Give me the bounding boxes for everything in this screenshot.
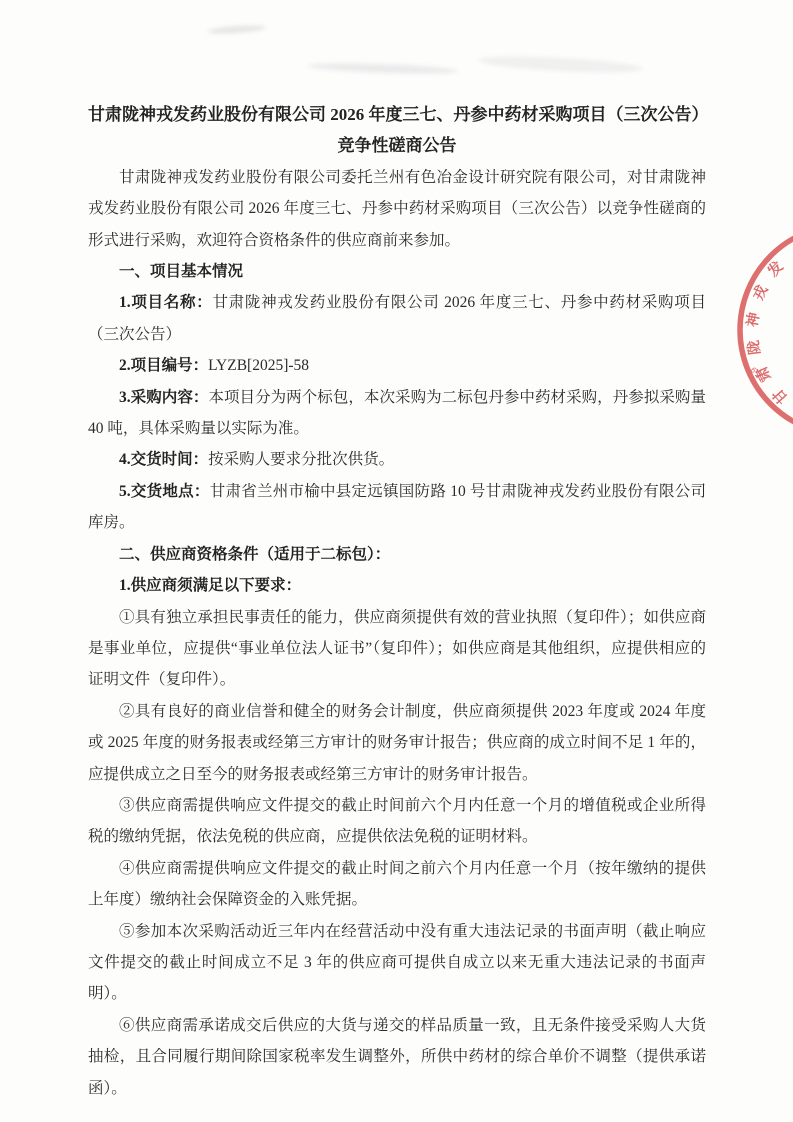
project-item: 3.采购内容：本项目分为两个标包，本次采购为二标包丹参中药材采购，丹参拟采购量 … bbox=[88, 382, 706, 445]
item-text: LYZB[2025]-58 bbox=[208, 357, 309, 374]
requirement-item: ④供应商需提供响应文件提交的截止时间之前六个月内任意一个月（按年缴纳的提供上年度… bbox=[88, 853, 706, 916]
requirement-item: ③供应商需提供响应文件提交的截止时间前六个月内任意一个月的增值税或企业所得税的缴… bbox=[88, 790, 706, 853]
document-body: 甘肃陇神戎发药业股份有限公司 2026 年度三七、丹参中药材采购项目（三次公告）… bbox=[88, 99, 706, 1104]
requirements-intro: 1.供应商须满足以下要求： bbox=[88, 570, 706, 601]
company-seal-stamp: 甘肃陇神戎发 620 bbox=[690, 228, 793, 432]
item-label: 4.交货时间： bbox=[119, 451, 208, 468]
item-label: 3.采购内容： bbox=[119, 389, 208, 406]
project-item: 5.交货地点：甘肃省兰州市榆中县定远镇国防路 10 号甘肃陇神戎发药业股份有限公… bbox=[88, 476, 706, 539]
requirement-item: ⑤参加本次采购活动近三年内在经营活动中没有重大违法记录的书面声明（截止响应文件提… bbox=[88, 916, 706, 1010]
item-label: 2.项目编号： bbox=[119, 357, 208, 374]
item-text: 按采购人要求分批次供货。 bbox=[208, 451, 394, 468]
requirement-item: ①具有独立承担民事责任的能力，供应商须提供有效的营业执照（复印件）；如供应商是事… bbox=[88, 602, 706, 696]
intro-paragraph: 甘肃陇神戎发药业股份有限公司委托兰州有色冶金设计研究院有限公司，对甘肃陇神戎发药… bbox=[88, 162, 706, 256]
requirement-item: ②具有良好的商业信誉和健全的财务会计制度，供应商须提供 2023 年度或 202… bbox=[88, 696, 706, 790]
section2-heading: 二、供应商资格条件（适用于二标包）： bbox=[88, 539, 706, 570]
item-label: 5.交货地点： bbox=[119, 483, 210, 500]
project-item: 1.项目名称：甘肃陇神戎发药业股份有限公司 2026 年度三七、丹参中药材采购项… bbox=[88, 287, 706, 350]
project-item: 2.项目编号：LYZB[2025]-58 bbox=[88, 350, 706, 381]
document-title: 甘肃陇神戎发药业股份有限公司 2026 年度三七、丹参中药材采购项目（三次公告） bbox=[88, 99, 706, 130]
scan-smudge bbox=[478, 54, 643, 76]
requirement-item: ⑥供应商需承诺成交后供应的大货与递交的样品质量一致，且无条件接受采购人大货抽检，… bbox=[88, 1010, 706, 1104]
document-page: 甘肃陇神戎发药业股份有限公司 2026 年度三七、丹参中药材采购项目（三次公告）… bbox=[0, 0, 793, 1122]
section1-heading: 一、项目基本情况 bbox=[88, 256, 706, 287]
document-subtitle: 竞争性磋商公告 bbox=[88, 130, 706, 161]
item-label: 1.项目名称： bbox=[119, 294, 212, 311]
scan-smudge bbox=[208, 24, 266, 35]
scan-smudge bbox=[308, 61, 458, 75]
seal-text: 甘肃陇神戎发 bbox=[744, 249, 793, 407]
project-item: 4.交货时间：按采购人要求分批次供货。 bbox=[88, 444, 706, 475]
